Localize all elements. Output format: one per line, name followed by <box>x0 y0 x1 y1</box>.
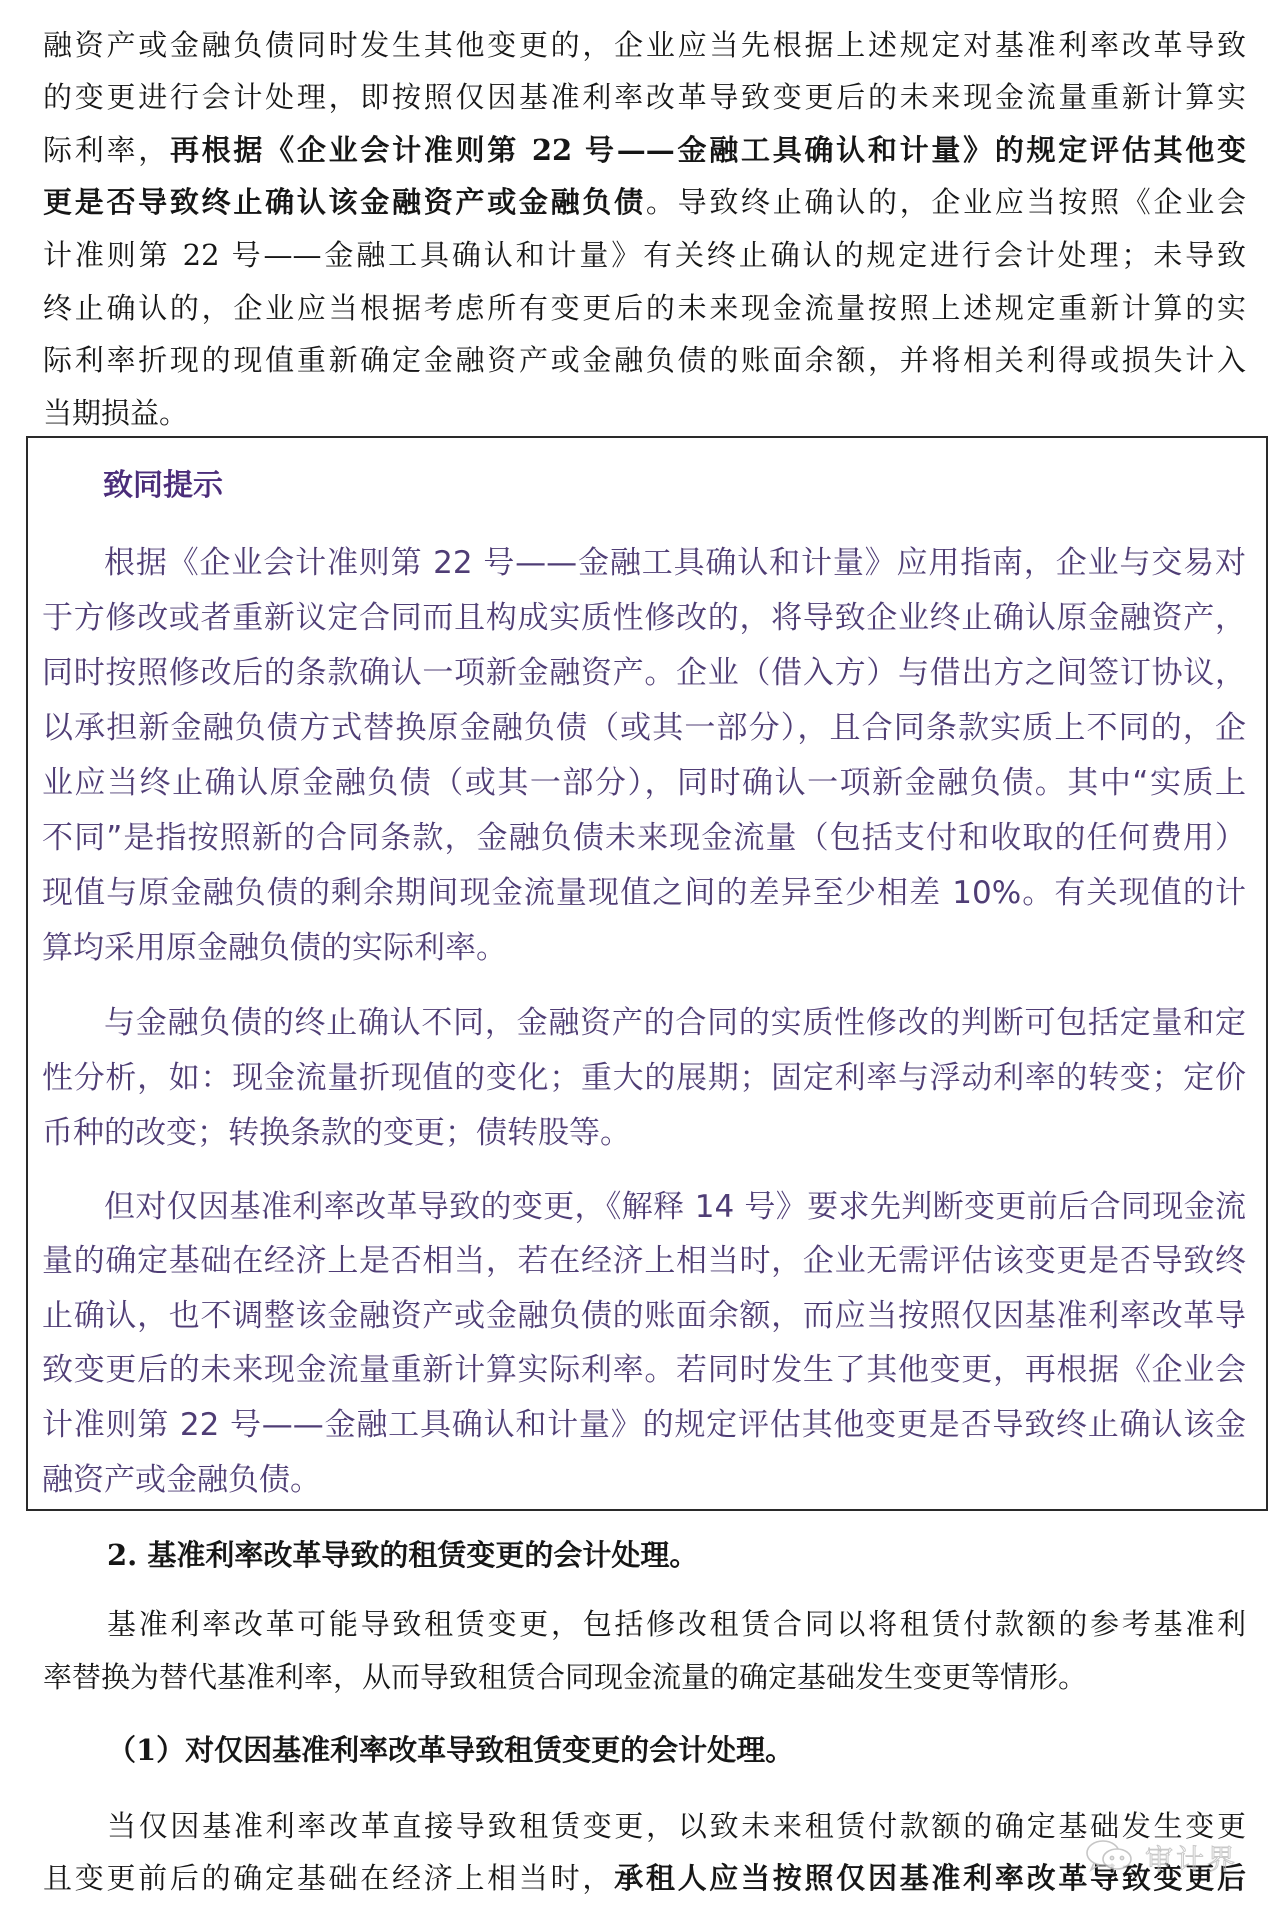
text-line: 以承担新金融负债方式替换原金融负债（或其一部分），且合同条款实质上不同的，企 <box>42 701 1246 756</box>
text-line: 同时按照修改后的条款确认一项新金融资产。企业（借入方）与借出方之间签订协议， <box>42 646 1246 701</box>
text-line: 率替换为替代基准利率，从而导致租赁合同现金流量的确定基础发生变更等情形。 <box>43 1651 1246 1704</box>
text-line: 基准利率改革可能导致租赁变更，包括修改租赁合同以将租赁付款额的参考基准利 <box>43 1598 1246 1651</box>
text-line: 更是否导致终止确认该金融资产或金融负债。导致终止确认的，企业应当按照《企业会 <box>43 176 1246 229</box>
text-line: 业应当终止确认原金融负债（或其一部分），同时确认一项新金融负债。其中“实质上 <box>42 756 1246 811</box>
bold-text-segment: 承租人应当按照仅因基准利率改革导致变更后 <box>614 1861 1246 1895</box>
lease-paragraph: 当仅因基准利率改革直接导致租赁变更，以致未来租赁付款额的确定基础发生变更 且变更… <box>43 1800 1246 1904</box>
lease-paragraph: 基准利率改革可能导致租赁变更，包括修改租赁合同以将租赁付款额的参考基准利 率替换… <box>43 1598 1246 1704</box>
tip-box-title: 致同提示 <box>103 466 223 506</box>
text-line: 当期损益。 <box>43 387 1246 440</box>
tip-paragraph: 根据《企业会计准则第 22 号——金融工具确认和计量》应用指南，企业与交易对 于… <box>42 536 1246 976</box>
text-line: 但对仅因基准利率改革导致的变更，《解释 14 号》要求先判断变更前后合同现金流 <box>42 1180 1246 1235</box>
text-line: 融资产或金融负债。 <box>42 1453 1246 1508</box>
bold-text-segment: 再根据《企业会计准则第 22 号——金融工具确认和计量》的规定评估其他变 <box>170 133 1246 167</box>
tip-paragraph: 但对仅因基准利率改革导致的变更，《解释 14 号》要求先判断变更前后合同现金流 … <box>42 1180 1246 1508</box>
text-line: 性分析，如：现金流量折现值的变化；重大的展期；固定利率与浮动利率的转变；定价 <box>42 1051 1246 1106</box>
text-line: 止确认，也不调整该金融资产或金融负债的账面余额，而应当按照仅因基准利率改革导 <box>42 1289 1246 1344</box>
tip-paragraph: 与金融负债的终止确认不同，金融资产的合同的实质性修改的判断可包括定量和定 性分析… <box>42 996 1246 1161</box>
text-line: 于方修改或者重新议定合同而且构成实质性修改的，将导致企业终止确认原金融资产， <box>42 591 1246 646</box>
text-line: 终止确认的，企业应当根据考虑所有变更后的未来现金流量按照上述规定重新计算的实 <box>43 282 1246 335</box>
text-line: 计准则第 22 号——金融工具确认和计量》的规定评估其他变更是否导致终止确认该金 <box>42 1398 1246 1453</box>
tip-box: 致同提示 根据《企业会计准则第 22 号——金融工具确认和计量》应用指南，企业与… <box>26 436 1268 1511</box>
text-line: 不同”是指按照新的合同条款，金融负债未来现金流量（包括支付和收取的任何费用） <box>42 811 1246 866</box>
subsection-heading: （1）对仅因基准利率改革导致租赁变更的会计处理。 <box>107 1724 794 1776</box>
bold-text-segment: 更是否导致终止确认该金融资产或金融负债 <box>43 185 646 219</box>
text-line: 算均采用原金融负债的实际利率。 <box>42 921 1246 976</box>
text-line: 且变更前后的确定基础在经济上相当时，承租人应当按照仅因基准利率改革导致变更后 <box>43 1852 1246 1904</box>
text-line: 的变更进行会计处理，即按照仅因基准利率改革导致变更后的未来现金流量重新计算实 <box>43 71 1246 124</box>
text-line: 量的确定基础在经济上是否相当，若在经济上相当时，企业无需评估该变更是否导致终 <box>42 1234 1246 1289</box>
text-line: 计准则第 22 号——金融工具确认和计量》有关终止确认的规定进行会计处理；未导致 <box>43 229 1246 282</box>
text-line: 与金融负债的终止确认不同，金融资产的合同的实质性修改的判断可包括定量和定 <box>42 996 1246 1051</box>
text-segment: 际利率， <box>43 133 170 167</box>
text-line: 际利率折现的现值重新确定金融资产或金融负债的账面余额，并将相关利得或损失计入 <box>43 334 1246 387</box>
text-segment: 。导致终止确认的，企业应当按照《企业会 <box>646 185 1246 219</box>
section-heading: 2. 基准利率改革导致的租赁变更的会计处理。 <box>107 1529 698 1581</box>
text-line: 致变更后的未来现金流量重新计算实际利率。若同时发生了其他变更，再根据《企业会 <box>42 1343 1246 1398</box>
text-line: 当仅因基准利率改革直接导致租赁变更，以致未来租赁付款额的确定基础发生变更 <box>43 1800 1246 1852</box>
text-line: 际利率，再根据《企业会计准则第 22 号——金融工具确认和计量》的规定评估其他变 <box>43 124 1246 177</box>
text-line: 现值与原金融负债的剩余期间现金流量现值之间的差异至少相差 10%。有关现值的计 <box>42 866 1246 921</box>
text-segment: 且变更前后的确定基础在经济上相当时， <box>43 1861 614 1895</box>
intro-paragraph: 融资产或金融负债同时发生其他变更的，企业应当先根据上述规定对基准利率改革导致 的… <box>43 19 1246 440</box>
text-line: 币种的改变；转换条款的变更；债转股等。 <box>42 1106 1246 1161</box>
text-line: 根据《企业会计准则第 22 号——金融工具确认和计量》应用指南，企业与交易对 <box>42 536 1246 591</box>
text-line: 融资产或金融负债同时发生其他变更的，企业应当先根据上述规定对基准利率改革导致 <box>43 19 1246 72</box>
